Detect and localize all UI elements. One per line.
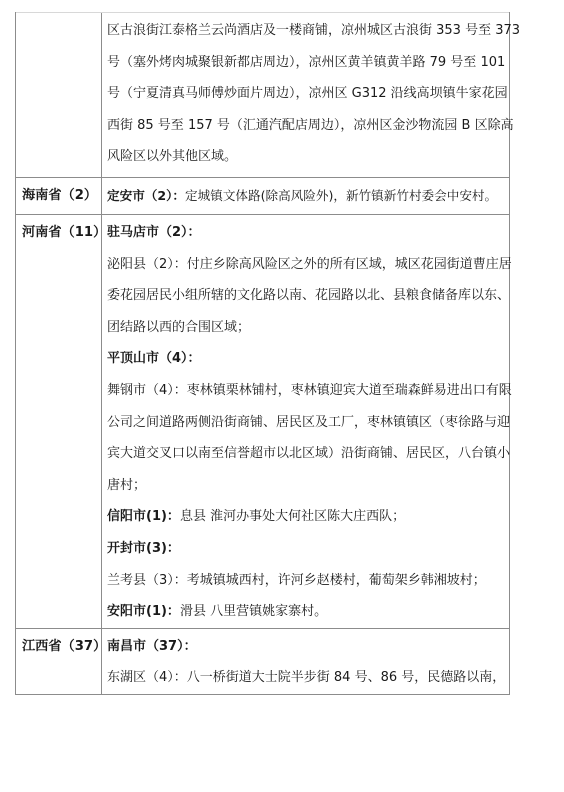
- city-label: 信阳市(1)：: [107, 509, 180, 524]
- area-text: 滑县 八里营镇姚家寨村。: [180, 604, 327, 619]
- detail-cell: 驻马店市（2）： 泌阳县（2）：付庄乡除高风险区之外的所有区域，城区花园街道曹庄…: [102, 215, 518, 628]
- detail-line: 团结路以西的合围区域；: [107, 312, 512, 344]
- province-label: 江西省（37）: [22, 631, 101, 663]
- city-label: 开封市(3)：: [107, 541, 180, 556]
- city-label: 平顶山市（4）：: [107, 351, 201, 366]
- province-label: 河南省（11）: [22, 217, 101, 249]
- detail-cell: 区古浪街江泰格兰云尚酒店及一楼商铺，凉州城区古浪街 353 号至 373 号（塞…: [102, 13, 526, 177]
- detail-line: 泌阳县（2）：付庄乡除高风险区之外的所有区域，城区花园街道曹庄居: [107, 249, 512, 281]
- table-row: 河南省（11） 驻马店市（2）： 泌阳县（2）：付庄乡除高风险区之外的所有区域，…: [16, 215, 509, 629]
- area-text: 息县 淮河办事处大何社区陈大庄西队；: [180, 509, 405, 524]
- province-cell: 河南省（11）: [16, 215, 102, 628]
- city-label: 南昌市（37）：: [107, 639, 197, 654]
- detail-line: 东湖区（4）：八一桥街道大士院半步街 84 号、86 号，民德路以南，: [107, 662, 505, 694]
- city-label: 定安市（2）：: [107, 188, 185, 203]
- detail-cell: 南昌市（37）： 东湖区（4）：八一桥街道大士院半步街 84 号、86 号，民德…: [102, 629, 511, 694]
- table-row: 区古浪街江泰格兰云尚酒店及一楼商铺，凉州城区古浪街 353 号至 373 号（塞…: [16, 12, 509, 178]
- detail-line: 唐村；: [107, 470, 512, 502]
- detail-line: 号（塞外烤肉城聚银新都店周边），凉州区黄羊镇黄羊路 79 号至 101: [107, 47, 520, 79]
- city-label: 驻马店市（2）：: [107, 225, 201, 240]
- province-cell: [16, 13, 102, 177]
- city-label: 安阳市(1)：: [107, 604, 180, 619]
- detail-line: 西街 85 号至 157 号（汇通汽配店周边），凉州区金沙物流园 B 区除高: [107, 110, 520, 142]
- detail-line: 委花园居民小组所辖的文化路以南、花园路以北、县粮食储备库以东、: [107, 280, 512, 312]
- risk-area-table: 区古浪街江泰格兰云尚酒店及一楼商铺，凉州城区古浪街 353 号至 373 号（塞…: [15, 12, 510, 695]
- detail-line: 号（宁夏清真马师傅炒面片周边），凉州区 G312 沿线高坝镇牛家花园: [107, 78, 520, 110]
- detail-cell: 定安市（2）：定城镇文体路(除高风险外)，新竹镇新竹村委会中安村。: [102, 178, 509, 214]
- detail-line: 风险区以外其他区域。: [107, 141, 520, 173]
- table-row: 江西省（37） 南昌市（37）： 东湖区（4）：八一桥街道大士院半步街 84 号…: [16, 629, 509, 695]
- detail-line: 宾大道交叉口以南至信誉超市以北区域）沿街商铺、居民区，八台镇小: [107, 438, 512, 470]
- detail-line: 定安市（2）：定城镇文体路(除高风险外)，新竹镇新竹村委会中安村。: [107, 178, 503, 214]
- table-row: 海南省（2） 定安市（2）：定城镇文体路(除高风险外)，新竹镇新竹村委会中安村。: [16, 178, 509, 215]
- province-cell: 海南省（2）: [16, 178, 102, 214]
- detail-line: 区古浪街江泰格兰云尚酒店及一楼商铺，凉州城区古浪街 353 号至 373: [107, 15, 520, 47]
- detail-line: 舞钢市（4）：枣林镇栗林铺村，枣林镇迎宾大道至瑞森鲜易进出口有限: [107, 375, 512, 407]
- province-label: 海南省（2）: [22, 178, 101, 214]
- detail-line: 公司之间道路两侧沿街商铺、居民区及工厂，枣林镇镇区（枣徐路与迎: [107, 407, 512, 439]
- area-text: 定城镇文体路(除高风险外)，新竹镇新竹村委会中安村。: [185, 188, 497, 203]
- province-cell: 江西省（37）: [16, 629, 102, 694]
- detail-line: 兰考县（3）：考城镇城西村，许河乡赵楼村，葡萄架乡韩湘坡村；: [107, 565, 512, 597]
